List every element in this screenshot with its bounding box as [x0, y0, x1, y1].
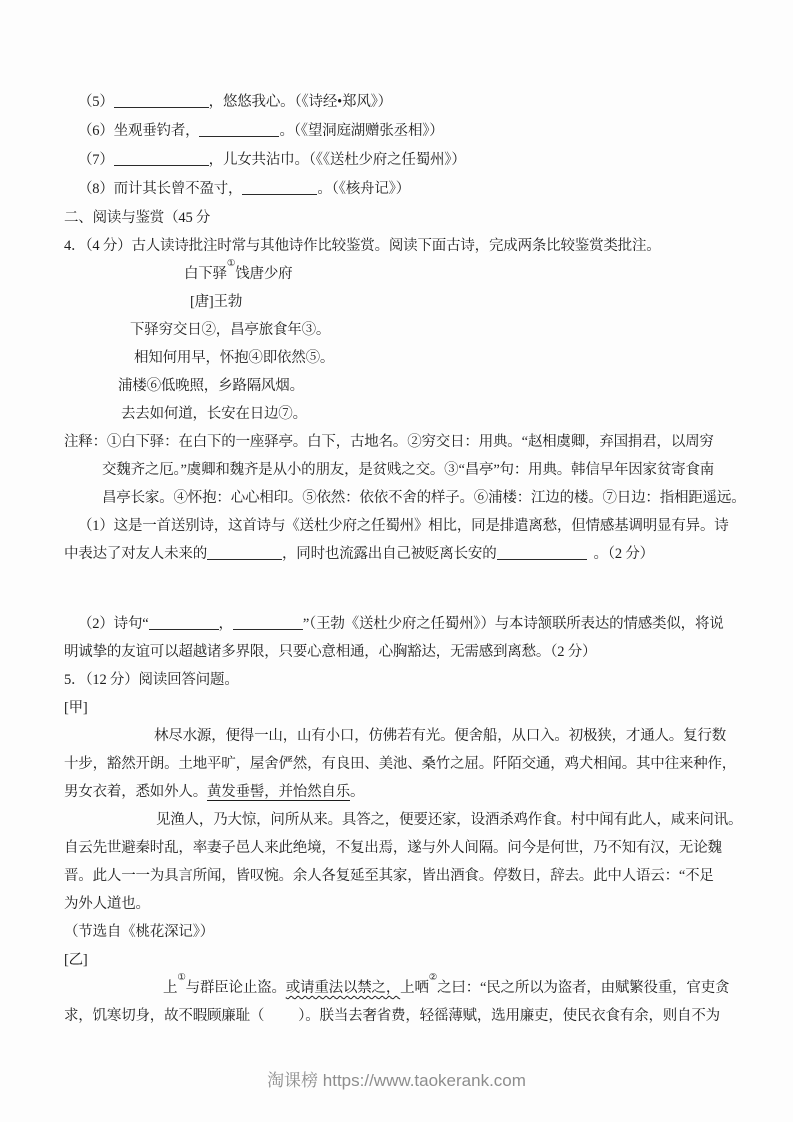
q5-jia-p2-line-4: 为外人道也。	[64, 890, 736, 918]
recitation-item-6-post: 。（《望洞庭湖赠张丞相》）	[279, 123, 443, 139]
q5-jia-p1-line-3-post: 。	[350, 784, 364, 800]
q5-yi-line-2-pre: 求，饥寒切身，故不暇顾廉耻（	[64, 1008, 264, 1024]
poem-line-2: 相知何用早，怀抱④即依然⑤。	[64, 344, 736, 372]
q4-sub1-line-1-text: （1）这是一首送别诗，这首诗与《送杜少府之任蜀州》相比，同是排遣离愁，但情感基调…	[78, 518, 729, 534]
q5-yi-line-1-seg4: 之曰：“民之所以为盗者，由赋繁役重，官吏贪	[437, 980, 729, 996]
q4-sub1-line-2: 中表达了对友人未来的，同时也流露出自己被贬离长安的。（2 分）	[64, 540, 736, 568]
poem-notes-line-2: 交魏齐之厄。”虞卿和魏齐是从小的朋友，是贫贱之交。③“昌亭”句：用典。韩信早年因…	[64, 456, 736, 484]
recitation-item-8-pre: （8）而计其长曾不盈寸，	[78, 181, 242, 197]
q5-jia-p1-line-3-pre: 男女衣着，悉如外人。	[64, 784, 207, 800]
q5-jia-p1-line-1: 林尽水源，便得一山，山有小口，仿佛若有光。便舍船，从口入。初极狭，才通人。复行数	[64, 722, 736, 750]
poem-line-4: 去去如何道，长安在日边⑦。	[64, 400, 736, 428]
recitation-item-5-post: ，悠悠我心。（《诗经•郑风》）	[209, 94, 392, 110]
poem-line-1-text: 下驿穷交日②，昌亭旅食年③。	[130, 322, 330, 338]
q5-jia-p2-line-1-text: 见渔人，乃大惊，问所从来。具答之，便要还家，设酒杀鸡作食。村中闻有此人，咸来问讯…	[156, 812, 742, 828]
q5-jia-label: [甲]	[64, 694, 736, 722]
recitation-item-7-post: ，儿女共沾巾。（《《送杜少府之任蜀州》）	[209, 152, 466, 168]
recitation-item-8: （8）而计其长曾不盈寸，。（《核舟记》）	[64, 175, 736, 204]
q5-yi-line-1: 上①与群臣论止盗。或请重法以禁之，上哂②之曰：“民之所以为盗者，由赋繁役重，官吏…	[64, 974, 736, 1002]
q5-jia-p1-line-2-text: 十步，豁然开朗。土地平旷，屋舍俨然，有良田、美池、桑竹之屈。阡陌交通，鸡犬相闻。…	[64, 756, 736, 772]
q4-sub1-line-2-mid: ，同时也流露出自己被贬离长安的	[282, 546, 497, 562]
recitation-item-8-post: 。（《核舟记》）	[317, 181, 410, 197]
q5-jia-p2-line-1: 见渔人，乃大惊，问所从来。具答之，便要还家，设酒杀鸡作食。村中闻有此人，咸来问讯…	[64, 806, 736, 834]
q4-sub1-line-2-pre: 中表达了对友人未来的	[64, 546, 207, 562]
poem-title-name: 白下驿	[184, 266, 227, 282]
wavy-underlined-phrase: 或请重法以禁之，	[286, 980, 400, 996]
underlined-phrase: 黄发垂髻，并怡然自乐	[207, 784, 350, 800]
poem-notes-line-1: 注释：①白下驿：在白下的一座驿亭。白下，古地名。②穷交日：用典。“赵相虞卿，弃国…	[64, 428, 736, 456]
blank-line	[497, 556, 587, 560]
q4-sub1-line-2-post: 。（2 分）	[594, 546, 654, 562]
poem-line-1: 下驿穷交日②，昌亭旅食年③。	[64, 316, 736, 344]
q4-sub2-line-1-post: ”（王勃《送杜少府之任蜀州》）与本诗颔联所表达的情感类似，将说	[303, 616, 724, 632]
poem-title: 白下驿①饯唐少府	[64, 260, 736, 288]
q4-sub2-line-1-pre: （2）诗句“	[78, 616, 149, 632]
q4-sub2-line-2: 明诚挚的友谊可以超越诸多界限，只要心意相通，心胸豁达，无需感到离愁。（2 分）	[64, 638, 736, 666]
q5-yi-label-text: [乙]	[64, 952, 88, 968]
q5-intro: 5．（12 分）阅读回答问题。	[64, 666, 736, 694]
q5-yi-line-1-pre: 上	[163, 980, 177, 996]
blank-line	[114, 162, 209, 166]
poem-author: [唐]王勃	[64, 288, 736, 316]
q5-jia-p2-line-3-text: 晋。此人一一为具言所闻，皆叹惋。余人各复延至其家，皆出酒食。停数日，辞去。此中人…	[64, 868, 714, 884]
q5-jia-p2-line-2: 自云先世避秦时乱，率妻子邑人来此绝境，不复出焉，遂与外人间隔。问今是何世，乃不知…	[64, 834, 736, 862]
blank-line	[242, 191, 317, 195]
note-marker-2: ②	[429, 973, 437, 983]
section-heading-text: 二、阅读与鉴赏（45 分	[64, 210, 210, 226]
blank-line	[207, 556, 282, 560]
recitation-item-5-pre: （5）	[78, 94, 114, 110]
q4-sub2-line-1: （2）诗句“，”（王勃《送杜少府之任蜀州》）与本诗颔联所表达的情感类似，将说	[64, 610, 736, 638]
q5-intro-text: 5．（12 分）阅读回答问题。	[64, 672, 239, 688]
q4-intro: 4．（4 分）古人读诗批注时常与其他诗作比较鉴赏。阅读下面古诗，完成两条比较鉴赏…	[64, 232, 736, 260]
poem-title-note-marker: ①	[227, 259, 235, 269]
q5-jia-source-text: （节选自《桃花深记》）	[64, 924, 214, 940]
document-page: （5），悠悠我心。（《诗经•郑风》） （6）坐观垂钓者，。（《望洞庭湖赠张丞相》…	[0, 0, 793, 1122]
poem-notes-line-3: 昌亭长家。④怀抱：心心相印。⑤依然：依依不舍的样子。⑥浦楼：江边的楼。⑦日边：指…	[64, 484, 736, 512]
q5-jia-p1-line-1-text: 林尽水源，便得一山，山有小口，仿佛若有光。便舍船，从口入。初极狭，才通人。复行数	[154, 728, 726, 744]
q5-yi-label: [乙]	[64, 946, 736, 974]
poem-line-3-text: 浦楼⑥低晚照，乡路隔风烟。	[118, 378, 304, 394]
q5-yi-line-1-seg3: 上哂	[400, 980, 429, 996]
q4-sub1-line-1: （1）这是一首送别诗，这首诗与《送杜少府之任蜀州》相比，同是排遣离愁，但情感基调…	[64, 512, 736, 540]
document-content: （5），悠悠我心。（《诗经•郑风》） （6）坐观垂钓者，。（《望洞庭湖赠张丞相》…	[64, 88, 736, 1030]
note-marker-1: ①	[177, 973, 185, 983]
site-watermark: 淘课榜 https://www.taokerank.com	[0, 1066, 793, 1091]
q5-yi-line-1-seg2: 与群臣论止盗。	[186, 980, 286, 996]
q5-jia-label-text: [甲]	[64, 700, 88, 716]
section-heading: 二、阅读与鉴赏（45 分	[64, 204, 736, 232]
blank-line	[199, 133, 279, 137]
blank-line	[114, 104, 209, 108]
poem-author-text: [唐]王勃	[190, 294, 242, 310]
poem-notes-line-2-text: 交魏齐之厄。”虞卿和魏齐是从小的朋友，是贫贱之交。③“昌亭”句：用典。韩信早年因…	[102, 462, 714, 478]
poem-line-3: 浦楼⑥低晚照，乡路隔风烟。	[64, 372, 736, 400]
poem-notes-line-1-text: 注释：①白下驿：在白下的一座驿亭。白下，古地名。②穷交日：用典。“赵相虞卿，弃国…	[64, 434, 714, 450]
recitation-item-6-pre: （6）坐观垂钓者，	[78, 123, 199, 139]
q5-jia-p2-line-4-text: 为外人道也。	[64, 896, 150, 912]
q5-jia-p1-line-3: 男女衣着，悉如外人。黄发垂髻，并怡然自乐。	[64, 778, 736, 806]
poem-title-rest: 饯唐少府	[235, 266, 292, 282]
blank-line	[149, 626, 219, 630]
q5-yi-line-2-post: ）。朕当去奢省费，轻徭薄赋，选用廉吏，使民衣食有余，则自不为	[298, 1008, 720, 1024]
poem-line-4-text: 去去如何道，长安在日边⑦。	[121, 406, 307, 422]
recitation-item-7: （7），儿女共沾巾。（《《送杜少府之任蜀州》）	[64, 146, 736, 175]
q5-jia-source: （节选自《桃花深记》）	[64, 918, 736, 946]
q5-jia-p2-line-3: 晋。此人一一为具言所闻，皆叹惋。余人各复延至其家，皆出酒食。停数日，辞去。此中人…	[64, 862, 736, 890]
recitation-item-6: （6）坐观垂钓者，。（《望洞庭湖赠张丞相》）	[64, 117, 736, 146]
q5-jia-p2-line-2-text: 自云先世避秦时乱，率妻子邑人来此绝境，不复出焉，遂与外人间隔。问今是何世，乃不知…	[64, 840, 722, 856]
q4-sub2-line-2-text: 明诚挚的友谊可以超越诸多界限，只要心意相通，心胸豁达，无需感到离愁。（2 分）	[64, 644, 596, 660]
q4-intro-text: 4．（4 分）古人读诗批注时常与其他诗作比较鉴赏。阅读下面古诗，完成两条比较鉴赏…	[64, 238, 661, 254]
q4-sub2-line-1-mid: ，	[219, 616, 233, 632]
poem-line-2-text: 相知何用早，怀抱④即依然⑤。	[134, 350, 334, 366]
q5-yi-line-2: 求，饥寒切身，故不暇顾廉耻（）。朕当去奢省费，轻徭薄赋，选用廉吏，使民衣食有余，…	[64, 1002, 736, 1030]
recitation-item-5: （5），悠悠我心。（《诗经•郑风》）	[64, 88, 736, 117]
vertical-gap	[64, 568, 736, 610]
poem-notes-line-3-text: 昌亭长家。④怀抱：心心相印。⑤依然：依依不舍的样子。⑥浦楼：江边的楼。⑦日边：指…	[102, 490, 746, 506]
site-watermark-text: 淘课榜 https://www.taokerank.com	[267, 1071, 526, 1090]
blank-line	[233, 626, 303, 630]
recitation-item-7-pre: （7）	[78, 152, 114, 168]
q5-jia-p1-line-2: 十步，豁然开朗。土地平旷，屋舍俨然，有良田、美池、桑竹之屈。阡陌交通，鸡犬相闻。…	[64, 750, 736, 778]
